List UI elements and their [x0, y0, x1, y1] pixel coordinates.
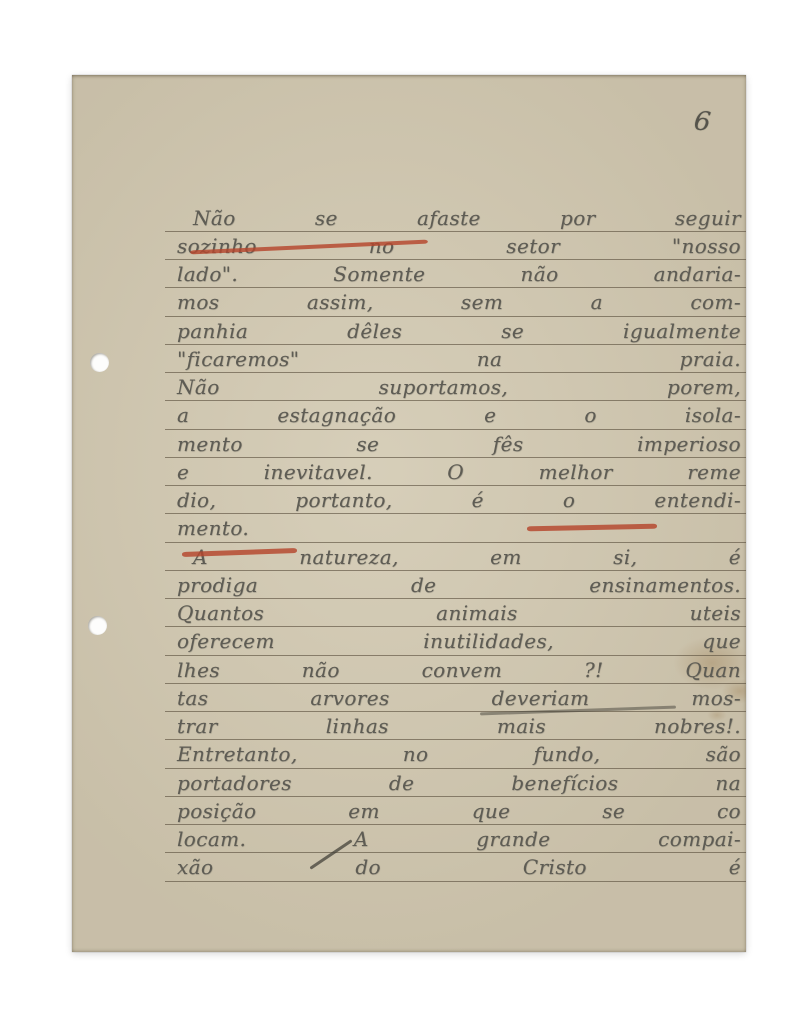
manuscript-line: dio, portanto, é o entendi-: [165, 486, 746, 514]
manuscript-line: A natureza, em si, é: [165, 543, 746, 571]
manuscript-line: posição em que se co: [165, 797, 746, 825]
hole-punch-top: [90, 353, 109, 372]
manuscript-line: oferecem inutilidades, que: [165, 627, 746, 655]
manuscript-line: Não se afaste por seguir: [165, 204, 746, 232]
manuscript-line: portadores de benefícios na: [165, 769, 746, 797]
scan-canvas: 6 Não se afaste por seguir sozinho no se…: [0, 0, 811, 1024]
manuscript-line: xão do Cristo é: [165, 853, 746, 881]
manuscript-line: a estagnação e o isola-: [165, 401, 746, 429]
manuscript-line: mento se fês imperioso: [165, 430, 746, 458]
manuscript-line: sozinho no setor "nosso: [165, 232, 746, 260]
manuscript-line: "ficaremos" na praia.: [165, 345, 746, 373]
manuscript-line: locam. A grande compai-: [165, 825, 746, 853]
manuscript-line: mos assim, sem a com-: [165, 288, 746, 316]
manuscript-line: e inevitavel. O melhor reme: [165, 458, 746, 486]
ruled-writing-area: Não se afaste por seguir sozinho no seto…: [165, 204, 746, 882]
manuscript-line: lado". Somente não andaria-: [165, 260, 746, 288]
page-number: 6: [692, 106, 712, 138]
manuscript-page: 6 Não se afaste por seguir sozinho no se…: [72, 75, 746, 952]
manuscript-line: panhia dêles se igualmente: [165, 317, 746, 345]
manuscript-line: Não suportamos, porem,: [165, 373, 746, 401]
manuscript-line: Entretanto, no fundo, são: [165, 740, 746, 768]
manuscript-line: Quantos animais uteis: [165, 599, 746, 627]
manuscript-line: trar linhas mais nobres!.: [165, 712, 746, 740]
hole-punch-bottom: [88, 616, 107, 635]
manuscript-line: lhes não convem ?! Quan: [165, 656, 746, 684]
manuscript-line: mento.: [165, 514, 746, 542]
manuscript-line: prodiga de ensinamentos.: [165, 571, 746, 599]
